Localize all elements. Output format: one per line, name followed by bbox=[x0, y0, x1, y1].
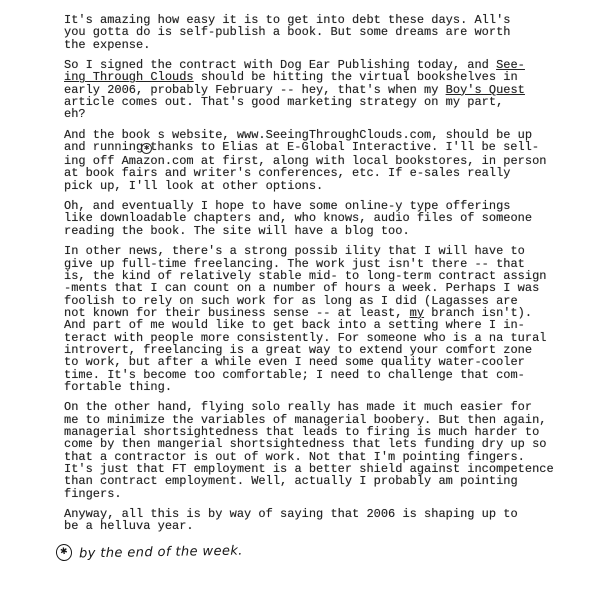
text-line: eh? bbox=[64, 108, 548, 120]
text-line: the expense. bbox=[64, 39, 548, 51]
paragraph: It's amazing how easy it is to get into … bbox=[64, 14, 548, 51]
text-segment: the expense. bbox=[64, 38, 150, 52]
paragraph: On the other hand, flying solo really ha… bbox=[64, 401, 548, 500]
text-segment: article comes out. That's good marketing… bbox=[64, 95, 503, 109]
paragraph: And the book s website, www.SeeingThroug… bbox=[64, 129, 548, 192]
paragraph: In other news, there's a strong possib i… bbox=[64, 245, 548, 393]
paragraph: Oh, and eventually I hope to have some o… bbox=[64, 200, 548, 237]
text-line: reading the book. The site will have a b… bbox=[64, 225, 548, 237]
text-line: fingers. bbox=[64, 488, 548, 500]
text-segment: fingers. bbox=[64, 487, 122, 501]
typewritten-page: It's amazing how easy it is to get into … bbox=[0, 0, 600, 598]
text-segment: eh? bbox=[64, 107, 86, 121]
text-segment: be a helluva year. bbox=[64, 519, 194, 533]
text-segment: than contract employment. Well, actually… bbox=[64, 474, 518, 488]
text-segment: fortable thing. bbox=[64, 380, 172, 394]
text-segment: thanks to Elias at E-Global Interactive.… bbox=[150, 140, 539, 154]
text-line: pick up, I'll look at other options. bbox=[64, 180, 548, 192]
paragraph: Anyway, all this is by way of saying tha… bbox=[64, 508, 548, 533]
asterisk-glyph: ✱ bbox=[142, 144, 151, 153]
text-segment: and running bbox=[64, 140, 143, 154]
circled-asterisk-mark: ✱ bbox=[141, 143, 152, 154]
paragraph: So I signed the contract with Dog Ear Pu… bbox=[64, 59, 548, 121]
text-line: be a helluva year. bbox=[64, 520, 548, 532]
footnote-circled-asterisk-icon: ✱ bbox=[55, 543, 73, 562]
text-line: fortable thing. bbox=[64, 381, 548, 393]
text-line: article comes out. That's good marketing… bbox=[64, 96, 548, 108]
text-line: and running✱thanks to Elias at E-Global … bbox=[64, 141, 548, 155]
handwritten-footnote: ✱ by the end of the week. bbox=[56, 544, 548, 561]
text-segment: pick up, I'll look at other options. bbox=[64, 179, 323, 193]
asterisk-glyph: ✱ bbox=[60, 547, 69, 557]
text-line: than contract employment. Well, actually… bbox=[64, 475, 548, 487]
footnote-text: by the end of the week. bbox=[79, 543, 243, 561]
text-segment: reading the book. The site will have a b… bbox=[64, 224, 410, 238]
document-body: It's amazing how easy it is to get into … bbox=[64, 14, 548, 533]
